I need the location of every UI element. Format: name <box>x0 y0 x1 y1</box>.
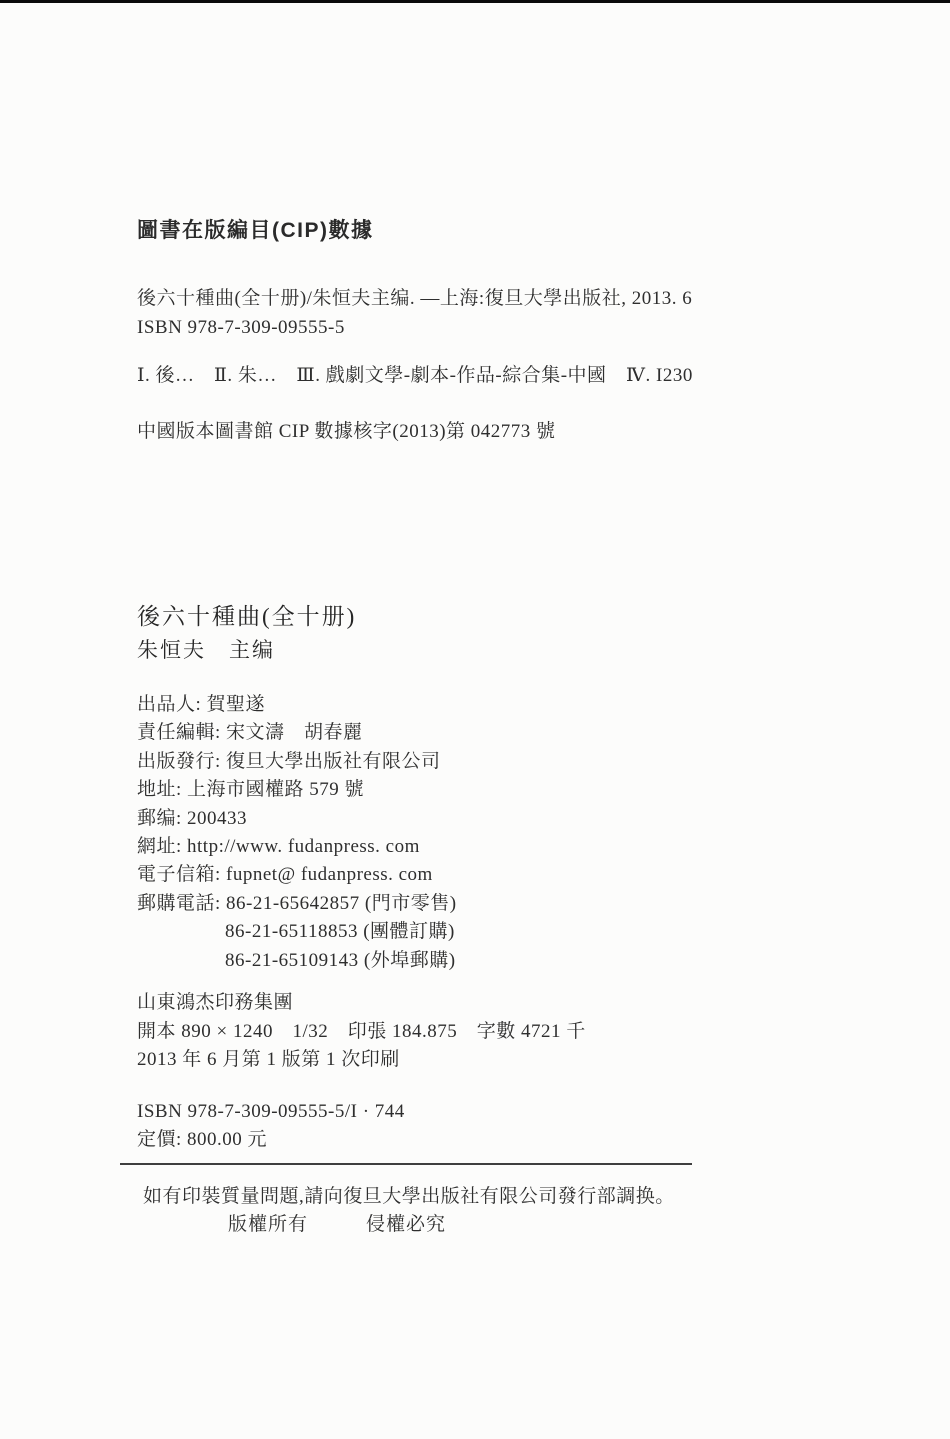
book-editor: 朱恒夫 主编 <box>137 634 356 667</box>
copyright-warning: 侵權必究 <box>366 1214 446 1235</box>
cip-heading: 圖書在版編目(CIP)數據 <box>137 214 374 244</box>
cip-record-number: 中國版本圖書館 CIP 數據核字(2013)第 042773 號 <box>137 416 556 443</box>
imprint-address: 地址: 上海市國權路 579 號 <box>137 776 457 804</box>
copyright-reserved: 版權所有 <box>228 1214 308 1235</box>
book-colophon-page: 圖書在版編目(CIP)數據 後六十種曲(全十册)/朱恒夫主编. —上海:復旦大學… <box>0 0 950 1439</box>
printing-printer: 山東鴻杰印務集團 <box>137 989 586 1018</box>
imprint-phone-mailorder: 86-21-65109143 (外埠郵購) <box>137 947 457 975</box>
imprint-producer: 出品人: 賀聖遂 <box>137 691 457 719</box>
cip-classification: Ⅰ. 後… Ⅱ. 朱… Ⅲ. 戲劇文學-劇本-作品-綜合集-中國 Ⅳ. I230 <box>137 360 693 387</box>
pricing-block: ISBN 978-7-309-09555-5/I · 744 定價: 800.0… <box>137 1098 405 1154</box>
scan-top-edge <box>0 0 950 3</box>
isbn-line: ISBN 978-7-309-09555-5/I · 744 <box>137 1098 405 1126</box>
printing-block: 山東鴻杰印務集團 開本 890 × 1240 1/32 印張 184.875 字… <box>137 989 586 1075</box>
copyright-line: 版權所有侵權必究 <box>228 1209 446 1236</box>
imprint-email: 電子信箱: fupnet@ fudanpress. com <box>137 861 457 889</box>
imprint-phone-retail: 郵購電話: 86-21-65642857 (門市零售) <box>137 890 457 918</box>
quality-notice: 如有印裝質量問題,請向復旦大學出版社有限公司發行部調换。 <box>143 1181 675 1208</box>
imprint-editors: 責任編輯: 宋文濤 胡春麗 <box>137 719 457 747</box>
divider-rule <box>120 1163 692 1165</box>
cip-entry-block: 後六十種曲(全十册)/朱恒夫主编. —上海:復旦大學出版社, 2013. 6 I… <box>137 284 692 342</box>
cip-entry-isbn: ISBN 978-7-309-09555-5 <box>137 313 692 342</box>
imprint-publisher: 出版發行: 復旦大學出版社有限公司 <box>137 748 457 776</box>
book-title: 後六十種曲(全十册) <box>137 600 356 634</box>
cip-entry-line: 後六十種曲(全十册)/朱恒夫主编. —上海:復旦大學出版社, 2013. 6 <box>137 284 692 313</box>
book-title-block: 後六十種曲(全十册) 朱恒夫 主编 <box>137 600 356 667</box>
imprint-website: 網址: http://www. fudanpress. com <box>137 833 457 861</box>
printing-edition: 2013 年 6 月第 1 版第 1 次印刷 <box>137 1046 586 1075</box>
imprint-phone-group: 86-21-65118853 (團體訂購) <box>137 918 457 946</box>
price-line: 定價: 800.00 元 <box>137 1126 405 1154</box>
printing-format: 開本 890 × 1240 1/32 印張 184.875 字數 4721 千 <box>137 1018 586 1047</box>
imprint-postcode: 郵编: 200433 <box>137 805 457 833</box>
imprint-block: 出品人: 賀聖遂 責任編輯: 宋文濤 胡春麗 出版發行: 復旦大學出版社有限公司… <box>137 691 457 975</box>
